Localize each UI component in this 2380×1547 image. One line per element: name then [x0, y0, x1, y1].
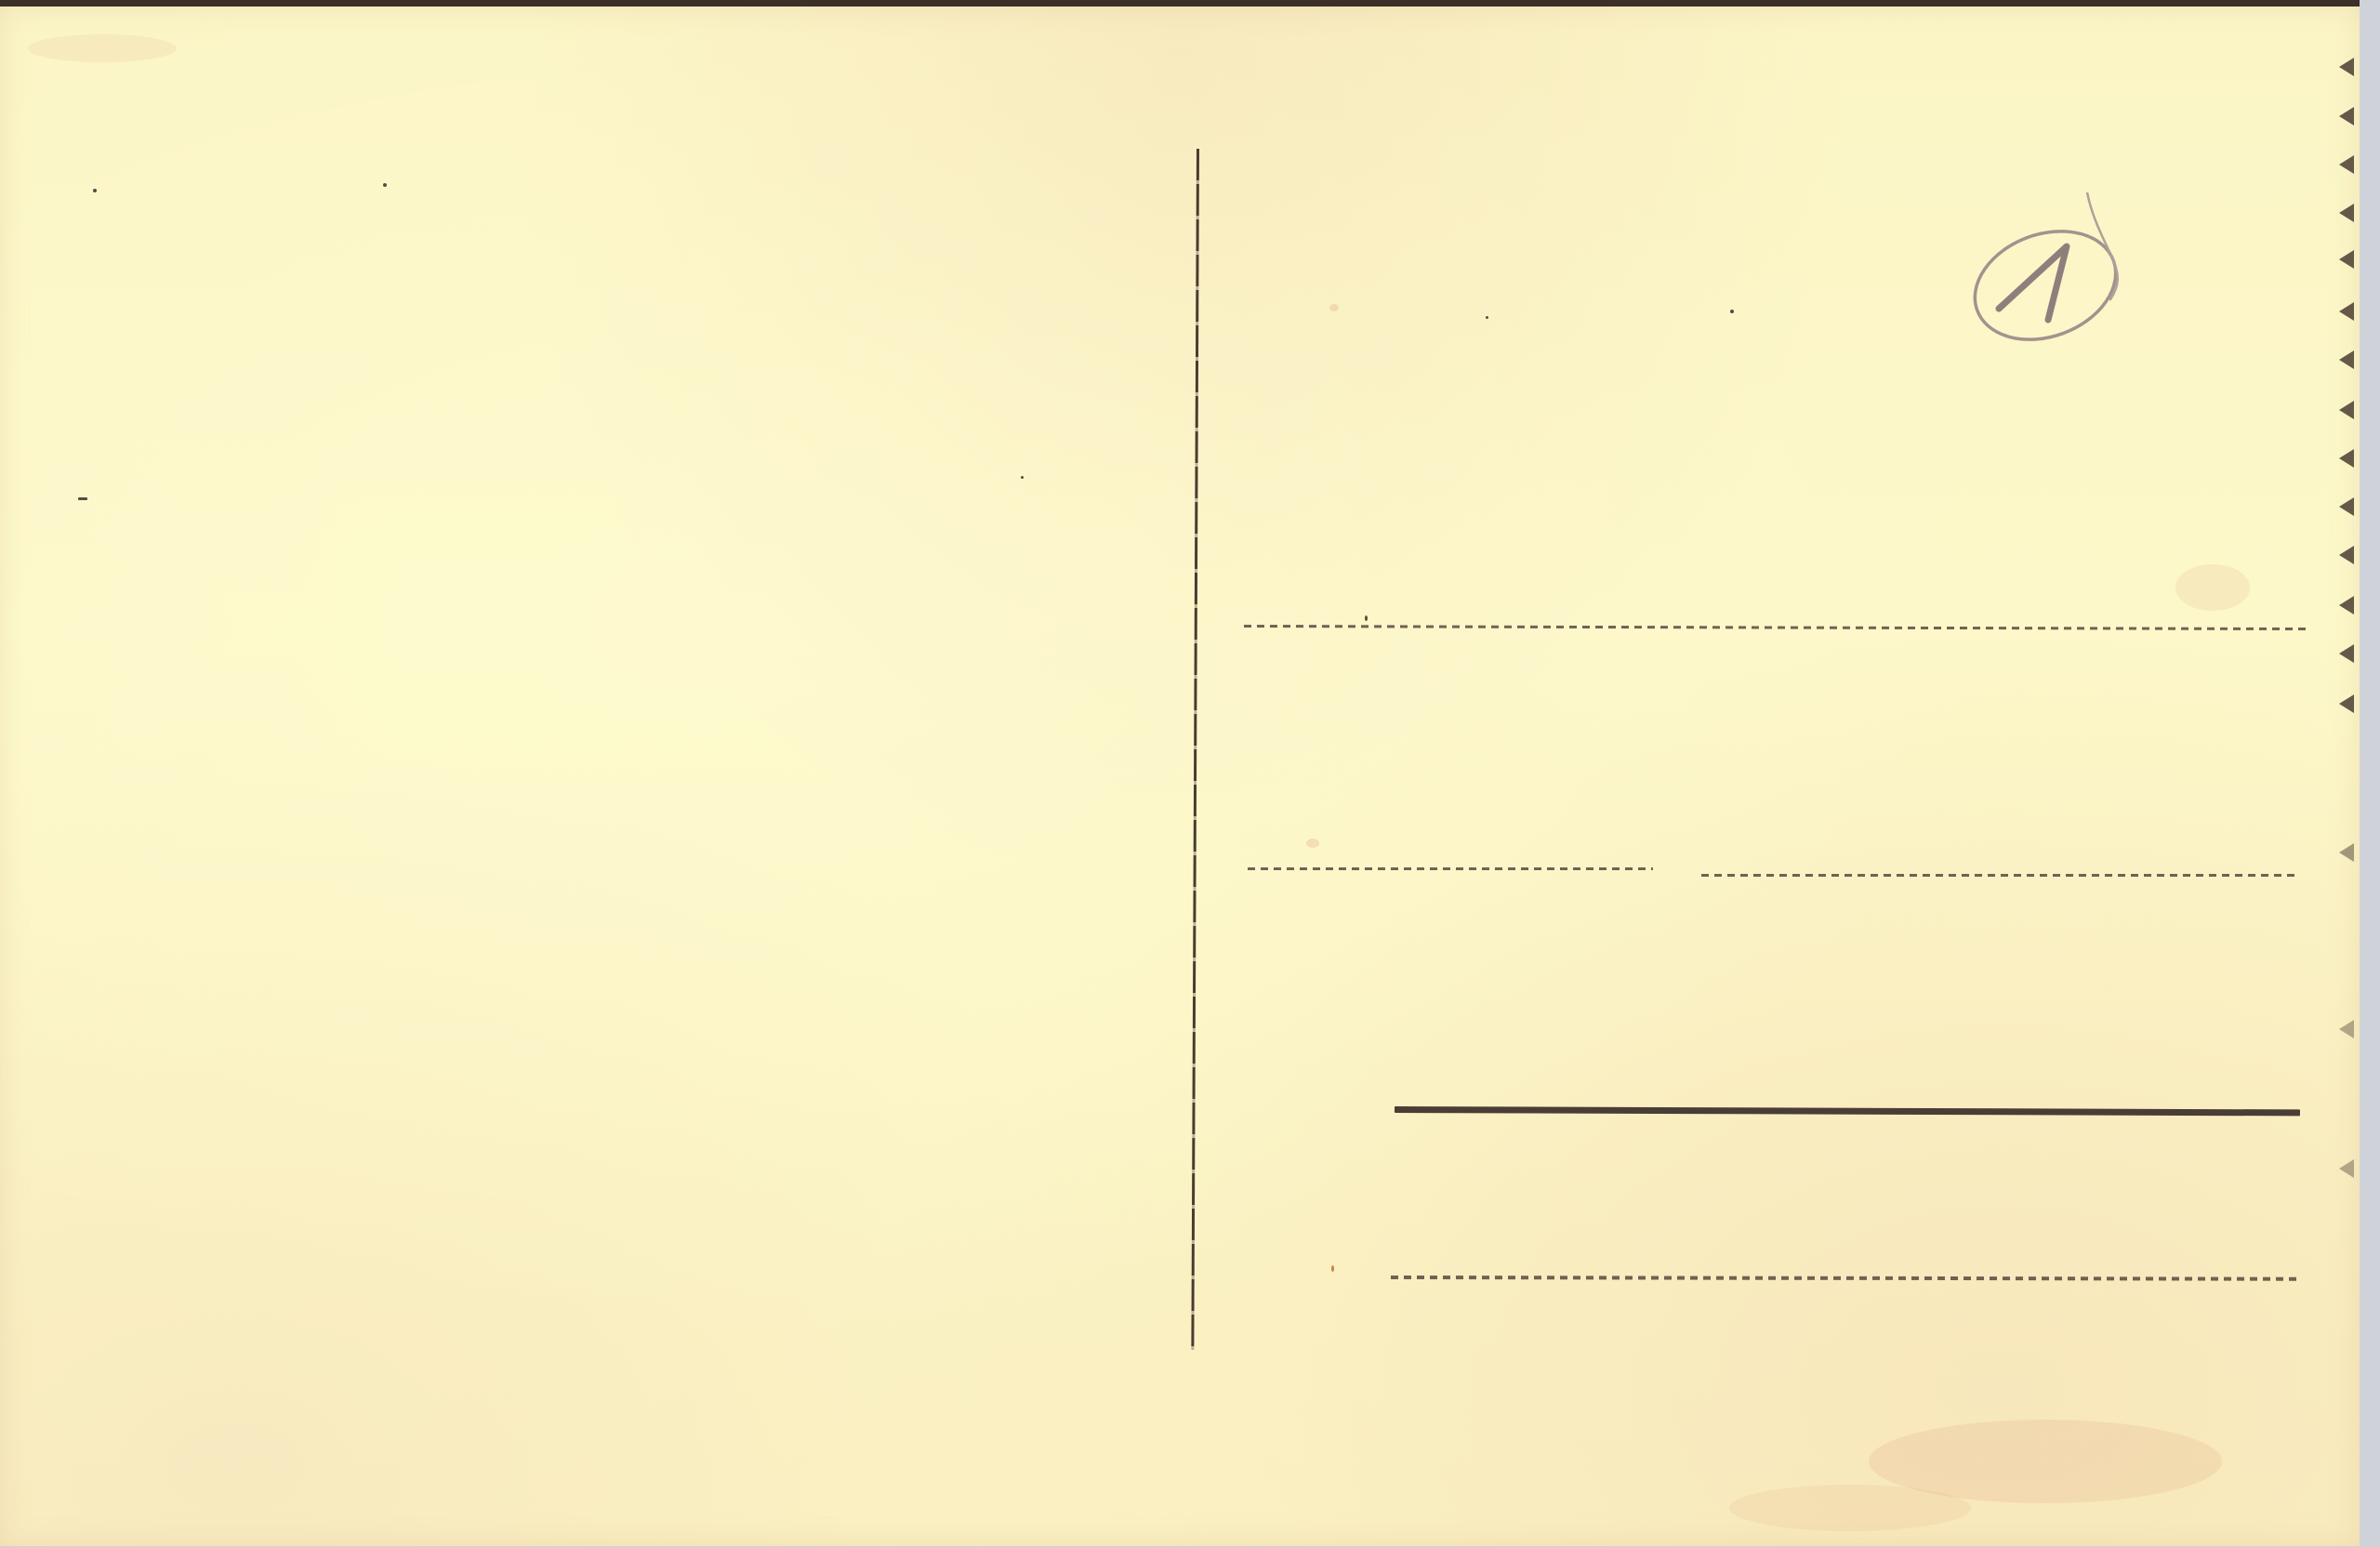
serrated-edge — [2339, 7, 2360, 1546]
edge-tooth — [2339, 204, 2354, 222]
address-line-3-solid — [1395, 1106, 2300, 1116]
edge-tooth — [2339, 694, 2354, 713]
edge-tooth — [2339, 843, 2354, 862]
speck — [1365, 615, 1368, 621]
speck — [1730, 310, 1734, 313]
circled-number-annotation: 1 — [1971, 192, 2129, 350]
speck — [383, 183, 387, 187]
edge-tooth — [2339, 155, 2354, 174]
speck — [1486, 316, 1488, 319]
edge-tooth — [2339, 497, 2354, 516]
speck — [93, 189, 97, 192]
edge-tooth — [2339, 250, 2354, 269]
address-line-2-right — [1701, 874, 2296, 877]
stain — [1329, 304, 1339, 311]
edge-tooth — [2339, 302, 2354, 321]
address-line-4 — [1391, 1276, 2296, 1281]
edge-tooth — [2339, 107, 2354, 126]
address-line-2-left — [1248, 867, 1653, 870]
stain — [2175, 564, 2250, 611]
stain — [1729, 1485, 1971, 1531]
scan-background: 1 — [0, 0, 2380, 1547]
stain — [1306, 839, 1319, 848]
edge-tooth — [2339, 1020, 2354, 1038]
stain — [28, 34, 177, 62]
address-line-1 — [1244, 625, 2306, 630]
edge-tooth — [2339, 58, 2354, 76]
postcard-back: 1 — [0, 0, 2360, 1546]
speck — [78, 497, 87, 500]
edge-tooth — [2339, 449, 2354, 468]
edge-tooth — [2339, 546, 2354, 564]
speck — [1021, 476, 1024, 479]
edge-tooth — [2339, 644, 2354, 663]
divider-line — [1191, 149, 1199, 1350]
edge-tooth — [2339, 401, 2354, 419]
speck — [1331, 1265, 1334, 1272]
annotation-text: 1 — [1971, 192, 1972, 193]
edge-tooth — [2339, 1159, 2354, 1178]
edge-tooth — [2339, 596, 2354, 615]
edge-tooth — [2339, 350, 2354, 369]
